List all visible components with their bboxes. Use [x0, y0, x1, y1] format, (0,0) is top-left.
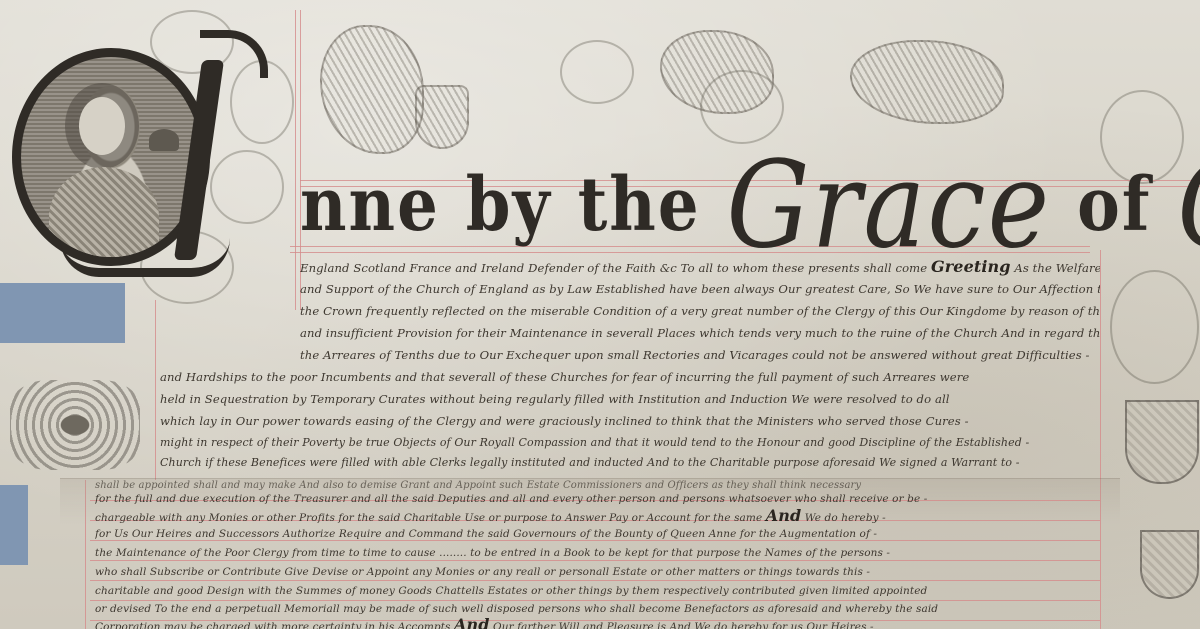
document-heading: nne by the Grace of God of En [300, 150, 1200, 260]
shield-illustration [415, 85, 469, 149]
text-line: and insufficient Provision for their Mai… [300, 322, 1100, 344]
text-line: might in respect of their Poverty be tru… [160, 432, 1100, 454]
initial-letter-a-tail [60, 238, 230, 277]
text-line: charitable and good Design with the Summ… [95, 582, 1100, 600]
text-line: and Support of the Church of England as … [300, 278, 1100, 300]
crown-ornament [1110, 270, 1199, 384]
text-line: which lay in Our power towards easing of… [160, 410, 1100, 432]
coat-of-arms-shield [1125, 400, 1199, 484]
text-line: chargeable with any Monies or other Prof… [95, 507, 1100, 527]
heading-word: by [466, 162, 552, 248]
coat-of-arms-shield [1140, 530, 1199, 599]
blue-paper-tab [0, 485, 28, 565]
blue-paper-tab [0, 283, 125, 343]
text-line: the Arreares of Tenths due to Our Excheq… [300, 344, 1100, 366]
heading-word-decorated: God [1177, 135, 1200, 275]
crown-icon [149, 129, 179, 151]
grotesque-mask-ornament [10, 380, 140, 470]
text-line: who shall Subscribe or Contribute Give D… [95, 563, 1100, 581]
text-line: held in Sequestration by Temporary Curat… [160, 388, 1100, 410]
scroll-flourish [560, 40, 634, 104]
text-line: for the full and due execution of the Tr… [95, 490, 1100, 508]
heading-word: nne [300, 162, 440, 248]
text-line: the Maintenance of the Poor Clergy from … [95, 544, 1100, 562]
rule-line [295, 10, 296, 310]
portrait-face [79, 97, 125, 155]
rule-line [155, 300, 156, 480]
text-line: the Crown frequently reflected on the mi… [300, 300, 1100, 322]
scroll-flourish [210, 150, 284, 224]
text-line: England Scotland France and Ireland Defe… [300, 256, 1100, 279]
text-line: Corporation may be charged with more cer… [95, 616, 1100, 629]
text-line: Church if these Benefices were filled wi… [160, 452, 1100, 474]
text-line: for Us Our Heires and Successors Authori… [95, 525, 1100, 543]
heading-word: of [1077, 162, 1151, 248]
text-line: and Hardships to the poor Incumbents and… [160, 366, 1100, 388]
heading-word-decorated: Grace [727, 135, 1052, 275]
heading-word: the [578, 162, 701, 248]
